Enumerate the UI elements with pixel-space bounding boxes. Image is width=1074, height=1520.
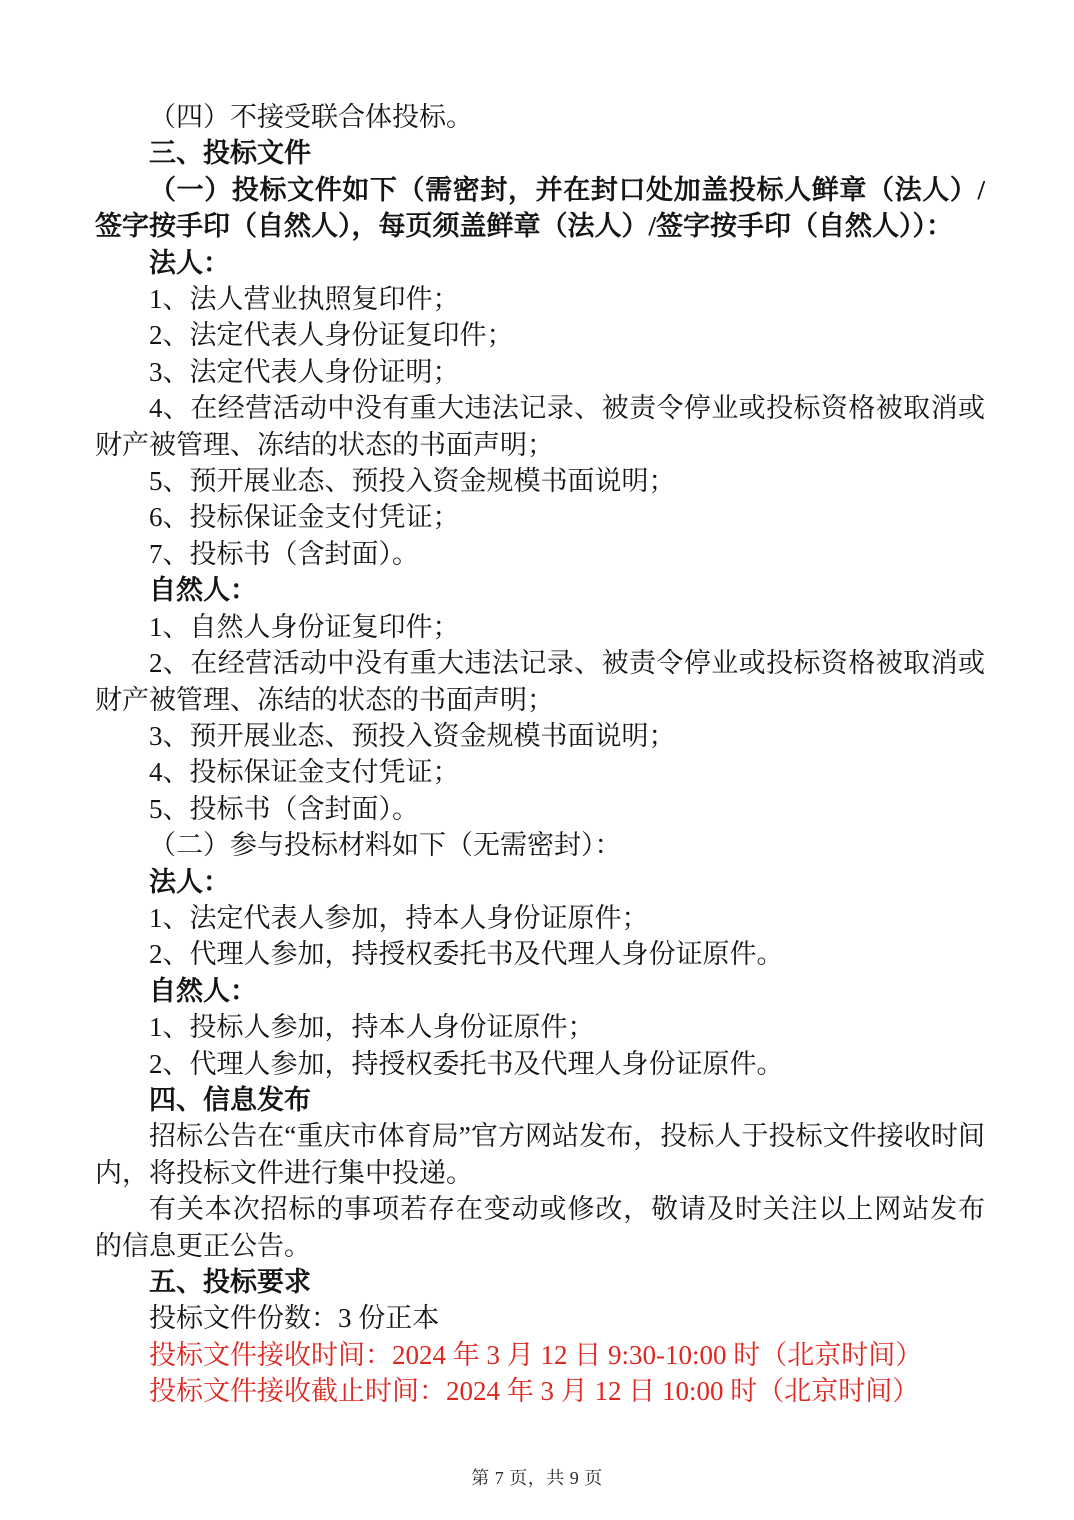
- para-announcement-website: 招标公告在“重庆市体育局”官方网站发布，投标人于投标文件接收时间内，将投标文件进…: [95, 1118, 985, 1191]
- label-natural-person-1: 自然人：: [95, 572, 985, 608]
- para-bid-documents-sealing-requirements: （一）投标文件如下（需密封，并在封口处加盖投标人鲜章（法人）/签字按手印（自然人…: [95, 172, 985, 245]
- heading-section-5-bid-requirements: 五、投标要求: [95, 1264, 985, 1300]
- document-page: （四）不接受联合体投标。 三、投标文件 （一）投标文件如下（需密封，并在封口处加…: [0, 0, 1074, 1520]
- label-legal-person-1: 法人：: [95, 245, 985, 281]
- item-agent-attend-with-authorization-natural: 2、代理人参加，持授权委托书及代理人身份证原件。: [95, 1046, 985, 1082]
- para-bid-copies-count: 投标文件份数：3 份正本: [95, 1300, 985, 1336]
- item-business-license-copy: 1、法人营业执照复印件；: [95, 281, 985, 317]
- item-bid-letter-legal: 7、投标书（含封面）。: [95, 536, 985, 572]
- item-bidder-attend-with-id: 1、投标人参加，持本人身份证原件；: [95, 1009, 985, 1045]
- item-legal-rep-id-copy: 2、法定代表人身份证复印件；: [95, 317, 985, 353]
- para-bid-receipt-deadline: 投标文件接收截止时间：2024 年 3 月 12 日 10:00 时（北京时间）: [95, 1373, 985, 1409]
- item-business-plan-statement-legal: 5、预开展业态、预投入资金规模书面说明；: [95, 463, 985, 499]
- item-bid-bond-receipt-legal: 6、投标保证金支付凭证；: [95, 499, 985, 535]
- item-legal-rep-attend-with-id: 1、法定代表人参加，持本人身份证原件；: [95, 900, 985, 936]
- item-bid-bond-receipt-natural: 4、投标保证金支付凭证；: [95, 754, 985, 790]
- label-legal-person-2: 法人：: [95, 864, 985, 900]
- document-body: （四）不接受联合体投标。 三、投标文件 （一）投标文件如下（需密封，并在封口处加…: [95, 99, 985, 1410]
- para-bid-receipt-time: 投标文件接收时间：2024 年 3 月 12 日 9:30-10:00 时（北京…: [95, 1337, 985, 1373]
- para-no-joint-bids: （四）不接受联合体投标。: [95, 99, 985, 135]
- item-legal-rep-identity-proof: 3、法定代表人身份证明；: [95, 354, 985, 390]
- heading-section-3-bid-documents: 三、投标文件: [95, 135, 985, 171]
- item-bid-letter-natural: 5、投标书（含封面）。: [95, 791, 985, 827]
- label-natural-person-2: 自然人：: [95, 973, 985, 1009]
- para-participation-materials-unsealed: （二）参与投标材料如下（无需密封）：: [95, 827, 985, 863]
- item-natural-person-id-copy: 1、自然人身份证复印件；: [95, 609, 985, 645]
- para-change-notice: 有关本次招标的事项若存在变动或修改，敬请及时关注以上网站发布的信息更正公告。: [95, 1191, 985, 1264]
- page-number-footer: 第 7 页，共 9 页: [0, 1464, 1074, 1490]
- item-no-violation-statement-legal: 4、在经营活动中没有重大违法记录、被责令停业或投标资格被取消或财产被管理、冻结的…: [95, 390, 985, 463]
- heading-section-4-information-release: 四、信息发布: [95, 1082, 985, 1118]
- item-no-violation-statement-natural: 2、在经营活动中没有重大违法记录、被责令停业或投标资格被取消或财产被管理、冻结的…: [95, 645, 985, 718]
- item-business-plan-statement-natural: 3、预开展业态、预投入资金规模书面说明；: [95, 718, 985, 754]
- item-agent-attend-with-authorization-legal: 2、代理人参加，持授权委托书及代理人身份证原件。: [95, 936, 985, 972]
